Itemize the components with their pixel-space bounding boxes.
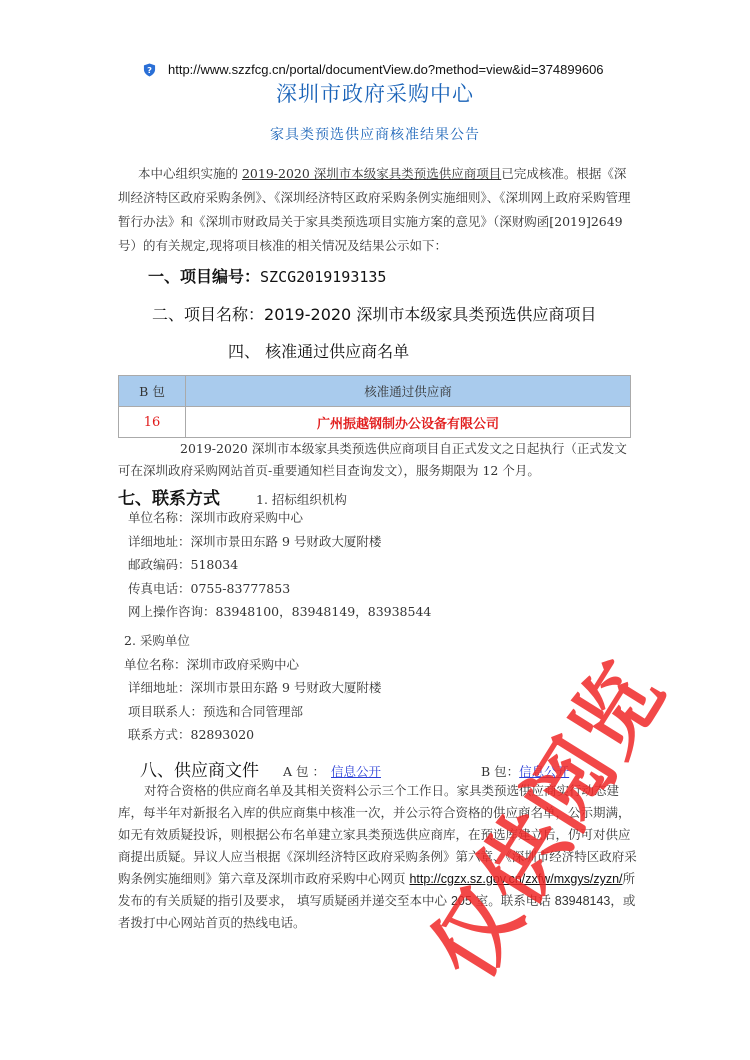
- page-url[interactable]: http://www.szzfcg.cn/portal/documentView…: [168, 62, 604, 77]
- table-row: 16 广州振越钢制办公设备有限公司: [119, 407, 631, 438]
- objection-paragraph: 对符合资格的供应商名单及其相关资料公示三个工作日。家具类预选供应商实行动态建库，…: [118, 780, 638, 934]
- col-header-package: B 包: [119, 376, 186, 407]
- project-name-heading: 二、项目名称：2019-2020 深圳市本级家具类预选供应商项目: [152, 302, 596, 325]
- shield-question-icon: ?: [143, 63, 156, 77]
- supplier-docs-heading: 八、供应商文件: [140, 756, 259, 781]
- project-name-underlined: 2019-2020 深圳市本级家具类预选供应商项目: [242, 166, 501, 181]
- org1-online-support: 网上操作咨询：83948100，83948149，83938544: [128, 600, 431, 624]
- col-header-supplier: 核准通过供应商: [186, 376, 631, 407]
- guidance-url-link[interactable]: http://cgzx.sz.gov.cn/zxfw/mxgys/zyzn/: [409, 872, 622, 886]
- intro-prefix: 本中心组织实施的: [138, 166, 242, 181]
- approved-list-heading: 四、 核准通过供应商名单: [228, 339, 409, 362]
- org2-phone: 联系方式：82893020: [124, 723, 381, 747]
- org2-title: 2. 采购单位: [124, 629, 381, 653]
- validity-note: 2019-2020 深圳市本级家具类预选供应商项目自正式发文之日起执行（正式发文…: [118, 438, 638, 482]
- intro-paragraph: 本中心组织实施的 2019-2020 深圳市本级家具类预选供应商项目已完成核准。…: [118, 162, 638, 258]
- project-number: SZCG2019193135: [260, 268, 386, 286]
- project-number-heading: 一、项目编号：SZCG2019193135: [148, 264, 386, 287]
- org2-name: 单位名称：深圳市政府采购中心: [124, 653, 381, 677]
- org1-fax: 传真电话：0755-83777853: [128, 577, 431, 601]
- package-number: 16: [119, 407, 186, 438]
- supplier-docs-row: 八、供应商文件 A 包 ： 信息公开 B 包： 信息公开: [140, 756, 569, 781]
- package-a-label: A 包 ：: [283, 762, 325, 780]
- project-name: 2019-2020 深圳市本级家具类预选供应商项目: [264, 305, 596, 324]
- document-title: 家具类预选供应商核准结果公告: [0, 124, 750, 144]
- org1-address: 详细地址：深圳市景田东路 9 号财政大厦附楼: [128, 530, 431, 554]
- supplier-name: 广州振越钢制办公设备有限公司: [186, 407, 631, 438]
- project-name-label: 二、项目名称：: [152, 305, 264, 324]
- svg-text:?: ?: [147, 65, 152, 75]
- objection-text-1: 对符合资格的供应商名单及其相关资料公示三个工作日。家具类预选供应商实行动态建库，…: [118, 783, 637, 886]
- org1-details: 单位名称：深圳市政府采购中心 详细地址：深圳市景田东路 9 号财政大厦附楼 邮政…: [128, 506, 431, 624]
- validity-text: 2019-2020 深圳市本级家具类预选供应商项目自正式发文之日起执行（正式发文…: [118, 438, 638, 482]
- org2-address: 详细地址：深圳市景田东路 9 号财政大厦附楼: [124, 676, 381, 700]
- room-number: 205: [451, 894, 472, 908]
- org1-name: 单位名称：深圳市政府采购中心: [128, 506, 431, 530]
- url-line: ? http://www.szzfcg.cn/portal/documentVi…: [143, 62, 604, 77]
- package-b-info-link[interactable]: 信息公开: [519, 762, 569, 780]
- supplier-table: B 包 核准通过供应商 16 广州振越钢制办公设备有限公司: [118, 375, 631, 438]
- org2-details: 2. 采购单位 单位名称：深圳市政府采购中心 详细地址：深圳市景田东路 9 号财…: [124, 629, 381, 747]
- package-b-label: B 包：: [481, 762, 519, 780]
- org-title: 深圳市政府采购中心: [0, 78, 750, 108]
- org2-contact-person: 项目联系人：预选和合同管理部: [124, 700, 381, 724]
- contact-phone: 83948143: [555, 894, 611, 908]
- objection-text-3: 室。联系电话: [472, 893, 555, 908]
- org1-postcode: 邮政编码：518034: [128, 553, 431, 577]
- project-number-label: 一、项目编号：: [148, 267, 260, 286]
- package-a-info-link[interactable]: 信息公开: [331, 762, 381, 780]
- table-header-row: B 包 核准通过供应商: [119, 376, 631, 407]
